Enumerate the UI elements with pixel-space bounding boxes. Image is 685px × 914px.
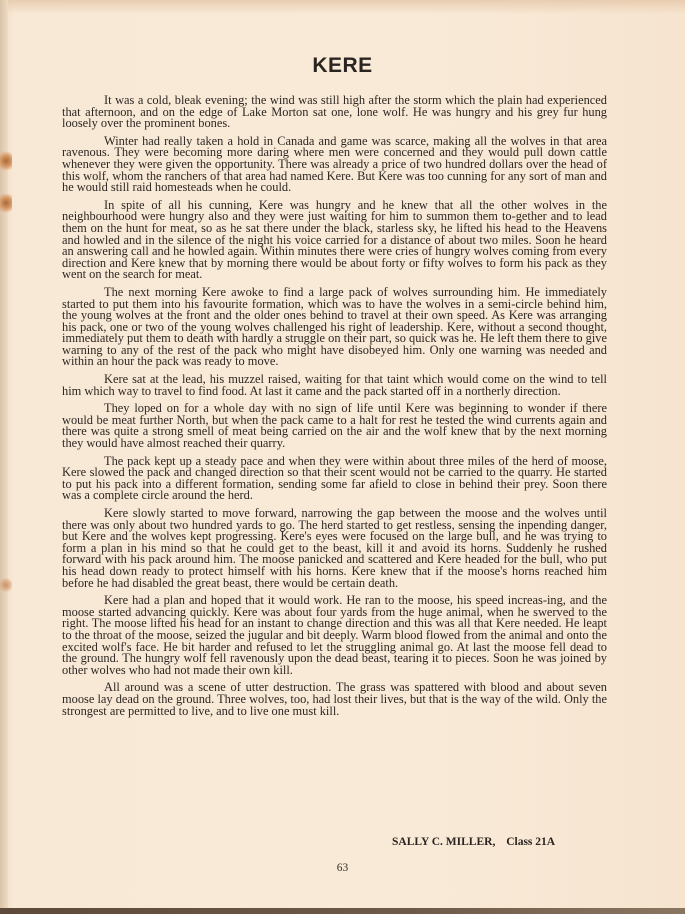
story-title: KERE	[0, 54, 685, 78]
page-number: 63	[0, 862, 685, 874]
scanned-page: KERE It was a cold, bleak evening; the w…	[0, 0, 685, 914]
paragraph: All around was a scene of utter destruct…	[62, 682, 607, 717]
paragraph: Kere had a plan and hoped that it would …	[62, 595, 607, 676]
page-bottom-edge	[0, 908, 685, 914]
binding-stain	[0, 192, 12, 214]
paragraph: In spite of all his cunning, Kere was hu…	[62, 200, 607, 281]
paragraph: It was a cold, bleak evening; the wind w…	[62, 95, 607, 130]
paragraph: They loped on for a whole day with no si…	[62, 403, 607, 449]
story-body: It was a cold, bleak evening; the wind w…	[62, 95, 607, 723]
author-signature: SALLY C. MILLER, Class 21A	[392, 836, 555, 848]
author-name: SALLY C. MILLER,	[392, 836, 495, 848]
author-class: Class 21A	[506, 836, 555, 848]
binding-stain	[0, 150, 12, 172]
paragraph: The pack kept up a steady pace and when …	[62, 456, 607, 502]
page-top-shadow	[0, 0, 685, 14]
paragraph: Kere sat at the lead, his muzzel raised,…	[62, 374, 607, 397]
binding-stain	[0, 578, 12, 592]
page-binding-edge	[0, 0, 8, 914]
paragraph: Kere slowly started to move forward, nar…	[62, 508, 607, 589]
paragraph: Winter had really taken a hold in Canada…	[62, 136, 607, 194]
paragraph: The next morning Kere awoke to find a la…	[62, 287, 607, 368]
